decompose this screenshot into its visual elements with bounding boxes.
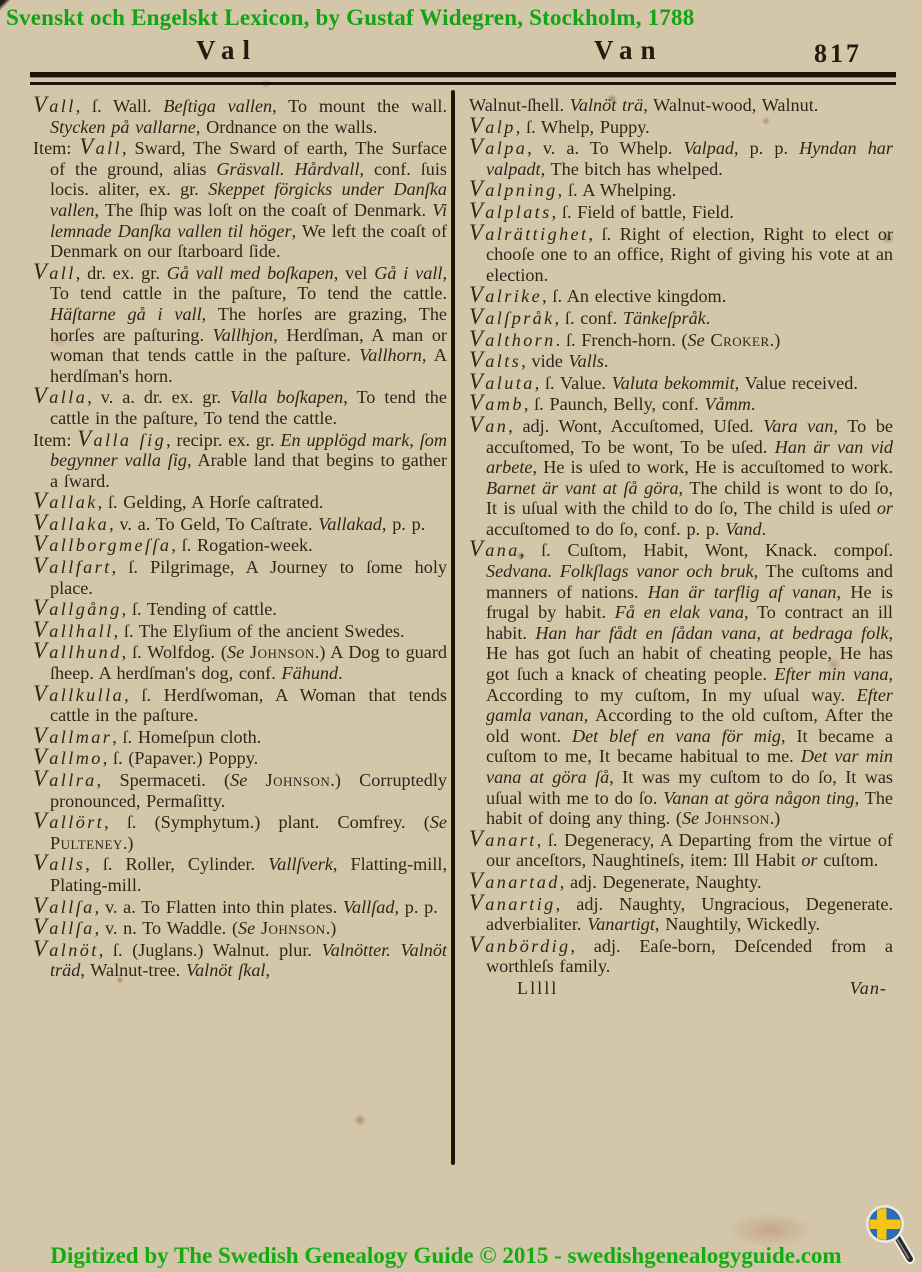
entry-text-segment: Häſtarne gå i vall xyxy=(50,304,202,324)
entry-text-segment: , v. a. To Geld, To Caſtrate. xyxy=(109,514,318,534)
entry-headword: Vallkulla xyxy=(33,685,124,705)
entry-text-segment: accuſtomed to do ſo, conf. p. p. xyxy=(486,519,725,539)
entry-text-segment: , ſ. Paunch, Belly, conf. xyxy=(524,394,705,414)
entry-headword: Valla xyxy=(33,387,87,407)
entry-text-segment: , Value received. xyxy=(735,373,858,393)
entry-text-segment: , ſ. Wolfdog. ( xyxy=(122,642,227,662)
entry-lead: Item: xyxy=(33,138,79,158)
entry-text-segment: cuſtom. xyxy=(817,850,878,870)
entry-text-segment: Valuta bekommit xyxy=(612,373,735,393)
entry-text-segment: , p. p. xyxy=(734,138,799,158)
entry-text-segment: , adj. Degenerate, Naughty. xyxy=(560,872,762,892)
dictionary-entry: Vall, dr. ex. gr. Gå vall med boſkapen, … xyxy=(33,262,447,387)
entry-text-segment: , dr. ex. gr. xyxy=(76,263,167,283)
dictionary-entry: Valp, ſ. Whelp, Puppy. xyxy=(469,116,893,138)
entry-text-segment: or xyxy=(877,498,893,518)
dictionary-entry: Valls, ſ. Roller, Cylinder. Vallſverk, F… xyxy=(33,853,447,895)
entry-text-segment: Se xyxy=(688,330,711,350)
entry-text-segment: .) xyxy=(770,808,781,828)
entry-headword: Valpa xyxy=(469,138,527,158)
entry-text-segment: . xyxy=(604,351,609,371)
entry-text-segment: Se xyxy=(230,770,265,790)
entry-text-segment: , v. a. To Whelp. xyxy=(527,138,683,158)
dictionary-page-scan: Svenskt och Engelskt Lexicon, by Gustaf … xyxy=(0,0,922,1272)
entry-text-segment: Det blef en vana för mig xyxy=(572,726,781,746)
entry-headword: Vallra xyxy=(33,770,97,790)
running-head-left: Val xyxy=(196,35,258,66)
entry-headword: Vall xyxy=(33,263,76,283)
entry-text-segment: , ſ. Homeſpun cloth. xyxy=(112,727,261,747)
magnifier-swedish-flag-icon xyxy=(862,1202,916,1264)
entry-text-segment: Valls xyxy=(569,351,604,371)
scan-overlay-title: Svenskt och Engelskt Lexicon, by Gustaf … xyxy=(6,5,694,31)
dictionary-entry: Valrättighet, ſ. Right of election, Righ… xyxy=(469,223,893,286)
entry-text-segment: , ſ. Tending of cattle. xyxy=(122,599,277,619)
entry-headword: Vanbördig xyxy=(469,936,571,956)
dictionary-entry: Vallhund, ſ. Wolfdog. (Se Johnson.) A Do… xyxy=(33,641,447,683)
entry-text-segment: , p. p. xyxy=(394,897,437,917)
entry-text-segment: , ſ. Field of battle, Field. xyxy=(552,202,734,222)
entry-text-segment: Gå vall med boſkapen xyxy=(167,263,334,283)
entry-text-segment: , p. p. xyxy=(382,514,425,534)
dictionary-entry: Valplats, ſ. Field of battle, Field. xyxy=(469,201,893,223)
dictionary-entry: Vanart, ſ. Degeneracy, A Departing from … xyxy=(469,829,893,871)
entry-text-segment: Vallſverk xyxy=(268,854,333,874)
dictionary-entry: Vallborgmeſſa, ſ. Rogation-week. xyxy=(33,534,447,556)
dictionary-entry: Vallak, ſ. Gelding, A Horſe caſtrated. xyxy=(33,491,447,513)
entry-headword: Vallört xyxy=(33,812,104,832)
dictionary-entry: Valla, v. a. dr. ex. gr. Valla boſkapen,… xyxy=(33,386,447,428)
dictionary-entry: Vallra, Spermaceti. (Se Johnson.) Corrup… xyxy=(33,769,447,811)
entry-text-segment: Johnson xyxy=(705,808,770,828)
entry-text-segment: Croker xyxy=(710,330,769,350)
gathering-signature: Lllll xyxy=(517,978,558,999)
entry-text-segment: Se xyxy=(227,642,250,662)
entry-headword: Vallfart xyxy=(33,557,112,577)
entry-text-segment: , ſ. Roller, Cylinder. xyxy=(85,854,268,874)
entry-text-segment: .) xyxy=(770,330,781,350)
entry-text-segment: , ſ. (Papaver.) Poppy. xyxy=(103,748,258,768)
entry-text-segment: Vanan at göra någon ting xyxy=(663,788,854,808)
entry-headword: Vallhund xyxy=(33,642,122,662)
dictionary-entry: Vallört, ſ. (Symphytum.) plant. Comfrey.… xyxy=(33,811,447,853)
entry-text-segment: Valnöt ſkal xyxy=(186,960,266,980)
entry-text-segment: , He is uſed to work, He is accuſtomed t… xyxy=(532,457,893,477)
entry-text-segment: , ſ. Value. xyxy=(535,373,612,393)
entry-text-segment: Vanartigt xyxy=(587,914,655,934)
dictionary-entry: Vallgång, ſ. Tending of cattle. xyxy=(33,598,447,620)
entry-headword: Van xyxy=(469,416,508,436)
entry-text-segment: , v. a. To Flatten into thin plates. xyxy=(95,897,343,917)
entry-text-segment: , vel xyxy=(334,263,374,283)
entry-text-segment: , ſ. A Whelping. xyxy=(558,180,676,200)
entry-text-segment: Vand xyxy=(725,519,761,539)
entry-text-segment: , ſ. Cuſtom, Habit, Wont, Knack. compoſ. xyxy=(520,540,893,560)
column-divider-rule xyxy=(451,90,455,1165)
dictionary-entry: Vallkulla, ſ. Herdſwoman, A Woman that t… xyxy=(33,684,447,726)
entry-text-segment: Sedvana. Folkſlags vanor och bruk xyxy=(486,561,754,581)
entry-headword: Valnöt xyxy=(33,940,99,960)
entry-text-segment: , ſ. The Elyſium of the ancient Swedes. xyxy=(114,621,405,641)
dictionary-entry: Vanartig, adj. Naughty, Ungracious, Dege… xyxy=(469,893,893,935)
entry-text-segment: Våmm xyxy=(704,394,750,414)
entry-text-segment: Fähund xyxy=(282,663,339,683)
entry-text-segment: , xyxy=(265,960,270,980)
dictionary-entry: Vall, ſ. Wall. Beſtiga vallen, To mount … xyxy=(33,95,447,137)
left-column: Vall, ſ. Wall. Beſtiga vallen, To mount … xyxy=(33,95,447,981)
entry-text-segment: Efter min vana xyxy=(774,664,888,684)
signature-row: LllllVan- xyxy=(469,978,893,999)
entry-headword: Vanartig xyxy=(469,894,556,914)
entry-text-segment: Johnson xyxy=(261,918,326,938)
entry-text-segment: , ſ. (Symphytum.) plant. Comfrey. ( xyxy=(104,812,430,832)
dictionary-entry: Vallaka, v. a. To Geld, To Caſtrate. Val… xyxy=(33,513,447,535)
entry-text-segment: , Walnut-tree. xyxy=(80,960,186,980)
entry-text-segment: , Spermaceti. ( xyxy=(97,770,230,790)
entry-text-segment: or xyxy=(801,850,817,870)
entry-text-segment: , Walnut-wood, Walnut. xyxy=(643,95,818,115)
entry-text-segment: , ſ. Gelding, A Horſe caſtrated. xyxy=(98,492,324,512)
dictionary-entry: Vana, ſ. Cuſtom, Habit, Wont, Knack. com… xyxy=(469,539,893,828)
entry-headword: Vall xyxy=(79,138,122,158)
dictionary-entry: Valpning, ſ. A Whelping. xyxy=(469,179,893,201)
entry-text-segment: Valnöt trä xyxy=(570,95,643,115)
entry-text-segment: , ſ. Whelp, Puppy. xyxy=(516,117,650,137)
entry-text-segment: Stycken på vallarne xyxy=(50,117,196,137)
entry-text-segment: . xyxy=(706,308,711,328)
entry-headword: Valrättighet xyxy=(469,224,589,244)
entry-text-segment: .) xyxy=(326,918,337,938)
entry-text-segment: , Ordnance on the walls. xyxy=(196,117,378,137)
entry-text-segment: Se xyxy=(682,808,705,828)
entry-text-segment: , vide xyxy=(521,351,568,371)
dictionary-entry: Vallmar, ſ. Homeſpun cloth. xyxy=(33,726,447,748)
dictionary-entry: Vanbördig, adj. Eaſe-born, Deſcended fro… xyxy=(469,935,893,977)
entry-lead: Item: xyxy=(33,430,77,450)
entry-text-segment: Vallhorn xyxy=(359,345,422,365)
dictionary-entry: Vallſa, v. a. To Flatten into thin plate… xyxy=(33,896,447,918)
entry-text-segment: Vallſad xyxy=(343,897,395,917)
entry-text-segment: Valla boſkapen xyxy=(230,387,343,407)
scan-overlay-credit: Digitized by The Swedish Genealogy Guide… xyxy=(0,1243,892,1269)
dictionary-entry: Item: Vall, Sward, The Sward of earth, T… xyxy=(33,137,447,262)
entry-headword: Vall xyxy=(33,96,76,116)
dictionary-entry: Vallhall, ſ. The Elyſium of the ancient … xyxy=(33,620,447,642)
dictionary-entry: Walnut-ſhell. Valnöt trä, Walnut-wood, W… xyxy=(469,95,893,116)
dictionary-entry: Vallmo, ſ. (Papaver.) Poppy. xyxy=(33,747,447,769)
header-double-rule xyxy=(30,72,896,85)
entry-text-segment: Vallakad xyxy=(318,514,382,534)
entry-text-segment: , The ſhip was loſt on the coaſt of Denm… xyxy=(94,200,432,220)
dictionary-entry: Vamb, ſ. Paunch, Belly, conf. Våmm. xyxy=(469,393,893,415)
entry-text-segment: Se xyxy=(238,918,261,938)
dictionary-entry: Valnöt, ſ. (Juglans.) Walnut. plur. Valn… xyxy=(33,939,447,981)
entry-text-segment: . xyxy=(338,663,343,683)
dictionary-entry: Vallfart, ſ. Pilgrimage, A Journey to ſo… xyxy=(33,556,447,598)
right-column: Walnut-ſhell. Valnöt trä, Walnut-wood, W… xyxy=(469,95,893,999)
entry-text-segment: Gå i vall xyxy=(374,263,442,283)
entry-text-segment: . ſ. French-horn. ( xyxy=(556,330,688,350)
entry-text-segment: Pulteney xyxy=(50,833,123,853)
entry-text-segment: Barnet är vant at ſå göra xyxy=(486,478,679,498)
entry-text-segment: , ſ. (Juglans.) Walnut. plur. xyxy=(99,940,322,960)
entry-text-segment: , ſ. Rogation-week. xyxy=(171,535,312,555)
dictionary-entry: Valthorn. ſ. French-horn. (Se Croker.) xyxy=(469,329,893,351)
entry-text-segment: , ſ. Wall. xyxy=(76,96,164,116)
dictionary-entry: Vanartad, adj. Degenerate, Naughty. xyxy=(469,871,893,893)
entry-text-segment: Johnson xyxy=(266,770,331,790)
dictionary-entry: Valſpråk, ſ. conf. Tänkeſpråk. xyxy=(469,307,893,329)
dictionary-entry: Valts, vide Valls. xyxy=(469,350,893,372)
entry-text-segment: , v. n. To Waddle. ( xyxy=(95,918,238,938)
entry-text-segment: Få en elak vana xyxy=(615,602,744,622)
entry-text-segment: . xyxy=(751,394,756,414)
entry-text-segment: , adj. Wont, Accuſtomed, Uſed. xyxy=(508,416,763,436)
entry-text-segment: , ſ. An elective kingdom. xyxy=(542,286,726,306)
entry-text-segment: Vallhjon xyxy=(213,325,274,345)
dictionary-entry: Vallſa, v. n. To Waddle. (Se Johnson.) xyxy=(33,917,447,939)
entry-text-segment: , Naughtily, Wickedly. xyxy=(655,914,820,934)
entry-text-segment: Tänkeſpråk xyxy=(623,308,706,328)
entry-text-segment: , To mount the wall. xyxy=(272,96,447,116)
entry-text-segment: , v. a. dr. ex. gr. xyxy=(87,387,230,407)
entry-text-segment: Gräsvall. Hårdvall xyxy=(216,159,359,179)
entry-text-segment: Beſtiga vallen xyxy=(163,96,272,116)
catchword: Van- xyxy=(850,978,887,999)
dictionary-entry: Van, adj. Wont, Accuſtomed, Uſed. Vara v… xyxy=(469,415,893,540)
dictionary-entry: Valpa, v. a. To Whelp. Valpad, p. p. Hyn… xyxy=(469,137,893,179)
dictionary-entry: Valrike, ſ. An elective kingdom. xyxy=(469,285,893,307)
entry-text-segment: Vara van xyxy=(763,416,833,436)
dictionary-entry: Valuta, ſ. Value. Valuta bekommit, Value… xyxy=(469,372,893,394)
entry-headword: Vana xyxy=(469,540,520,560)
entry-text-segment: Valpad xyxy=(684,138,735,158)
running-head-right: Van xyxy=(594,35,664,66)
entry-text-segment: Han är tarflig af vanan xyxy=(648,582,837,602)
entry-text-segment: Johnson xyxy=(250,642,315,662)
dictionary-entry: Item: Valla ſig, recipr. ex. gr. En uppl… xyxy=(33,429,447,492)
entry-headword: Vanart xyxy=(469,830,537,850)
entry-text-segment: . xyxy=(762,519,767,539)
entry-text-segment: Se xyxy=(430,812,447,832)
entry-text-segment: , The bitch has whelped. xyxy=(541,159,723,179)
entry-headword: Valls xyxy=(33,854,85,874)
entry-text-segment: .) xyxy=(123,833,134,853)
page-number: 817 xyxy=(814,39,862,69)
entry-text-segment: , ſ. conf. xyxy=(555,308,623,328)
entry-text-segment: Han har fådt en ſådan vana, at bedraga f… xyxy=(535,623,888,643)
entry-headword: Vallborgmeſſa xyxy=(33,535,171,555)
entry-headword: Valla ſig xyxy=(77,430,166,450)
entry-text-segment: , recipr. ex. gr. xyxy=(166,430,280,450)
